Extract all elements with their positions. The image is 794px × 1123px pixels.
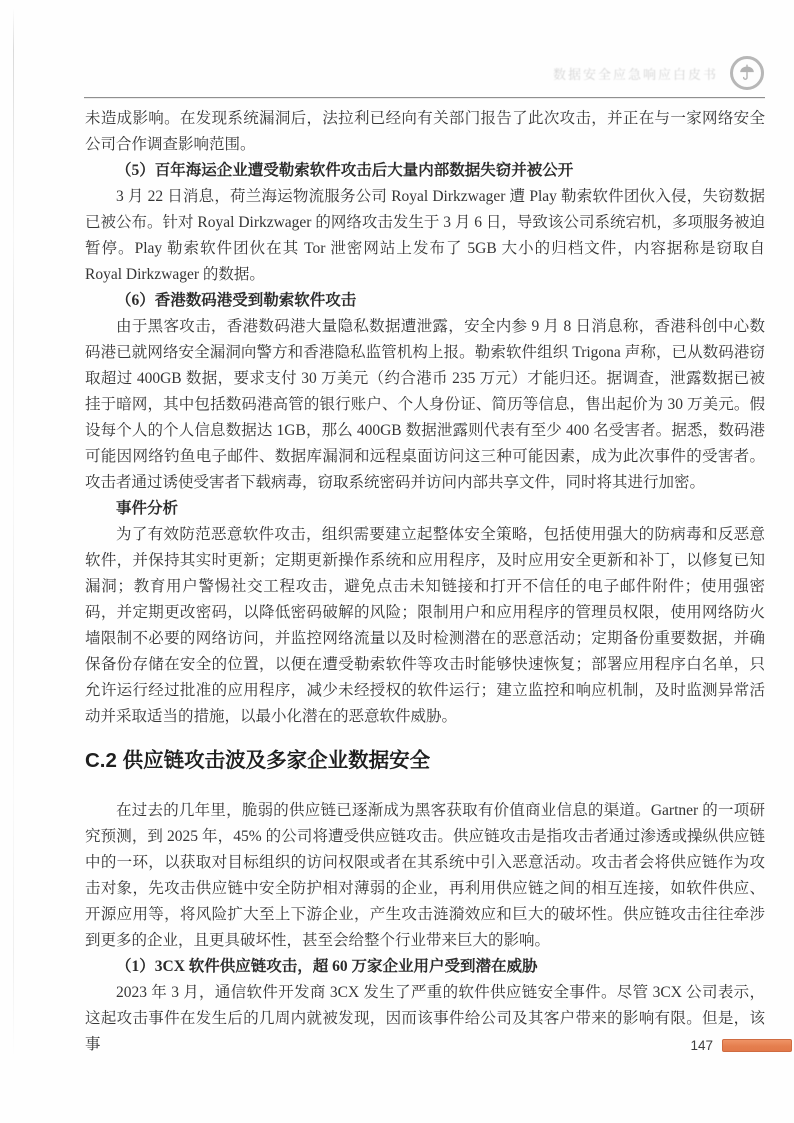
scan-edge-artifact [13, 8, 14, 1058]
header-divider [84, 97, 765, 98]
paragraph-supply-chain-intro: 在过去的几年里，脆弱的供应链已逐渐成为黑客获取有价值商业信息的渠道。Gartne… [85, 798, 765, 954]
paragraph-continuation: 未造成影响。在发现系统漏洞后，法拉利已经向有关部门报告了此次攻击，并正在与一家网… [85, 106, 765, 158]
subheading-item5: （5）百年海运企业遭受勒索软件攻击后大量内部数据失窃并被公开 [85, 158, 765, 184]
header-watermark-title: 数据安全应急响应白皮书 [553, 64, 718, 83]
page-header: 数据安全应急响应白皮书 [553, 56, 764, 90]
page-footer: 147 [690, 1038, 794, 1053]
paragraph-royal-dirkzwager: 3 月 22 日消息，荷兰海运物流服务公司 Royal Dirkzwager 遭… [85, 184, 765, 288]
umbrella-logo-icon [730, 56, 764, 90]
subheading-item6: （6）香港数码港受到勒索软件攻击 [85, 288, 765, 314]
document-page: 数据安全应急响应白皮书 未造成影响。在发现系统漏洞后，法拉利已经向有关部门报告了… [0, 0, 794, 1123]
subheading-event-analysis: 事件分析 [85, 496, 765, 522]
page-number: 147 [690, 1038, 713, 1053]
paragraph-cyberport: 由于黑客攻击，香港数码港大量隐私数据遭泄露，安全内参 9 月 8 日消息称，香港… [85, 314, 765, 496]
paragraph-event-analysis: 为了有效防范恶意软件攻击，组织需要建立起整体安全策略，包括使用强大的防病毒和反恶… [85, 522, 765, 730]
footer-accent-bar [722, 1039, 792, 1052]
paragraph-3cx: 2023 年 3 月，通信软件开发商 3CX 发生了严重的软件供应链安全事件。尽… [85, 980, 765, 1058]
subheading-3cx: （1）3CX 软件供应链攻击，超 60 万家企业用户受到潜在威胁 [85, 954, 765, 980]
section-heading-c2: C.2 供应链攻击波及多家企业数据安全 [85, 747, 765, 775]
document-body: 未造成影响。在发现系统漏洞后，法拉利已经向有关部门报告了此次攻击，并正在与一家网… [85, 106, 765, 1058]
